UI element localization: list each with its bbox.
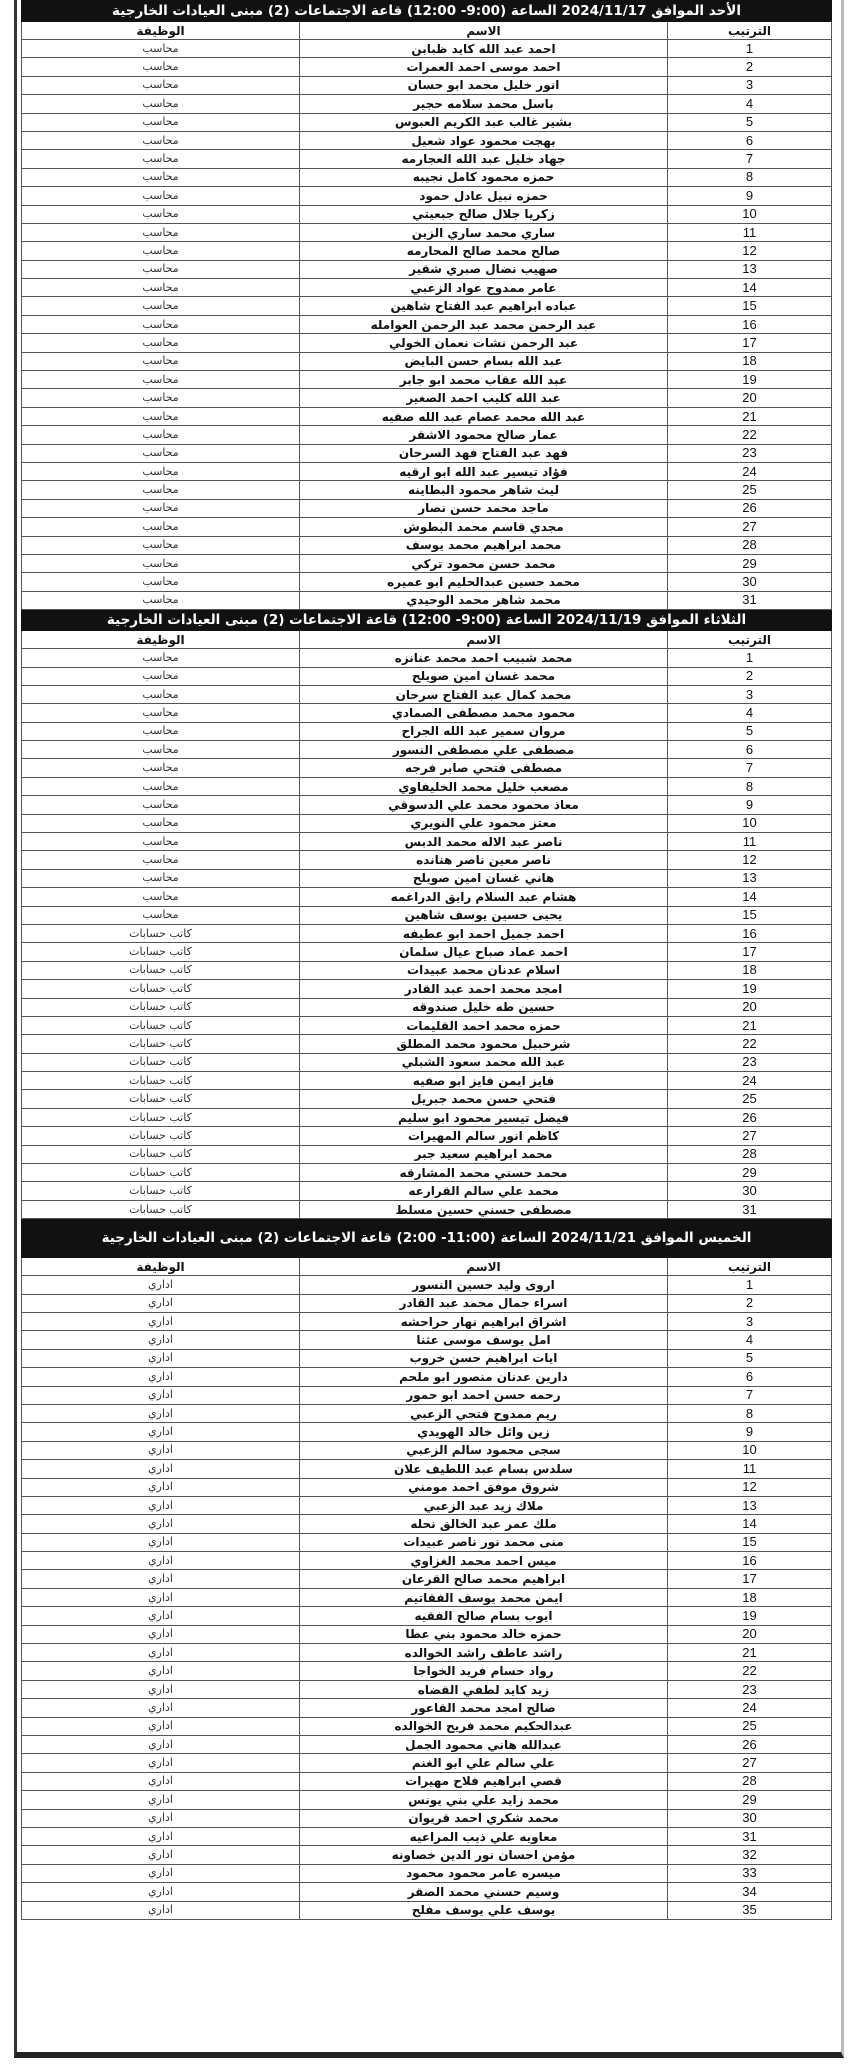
- table-row: 9معاذ محمود محمد علي الدسوقيمحاسب: [22, 796, 832, 814]
- employee-name: بشير غالب عبد الكريم العبوس: [300, 113, 668, 131]
- employee-name: عبد الرحمن محمد عبد الرحمن العوامله: [300, 315, 668, 333]
- row-number: 31: [668, 1200, 832, 1218]
- table-row: 22عمار صالح محمود الاشقرمحاسب: [22, 426, 832, 444]
- row-number: 11: [668, 1460, 832, 1478]
- job-title: محاسب: [22, 833, 300, 851]
- employee-name: حمزه محمد احمد القليمات: [300, 1016, 668, 1034]
- row-number: 4: [668, 704, 832, 722]
- table-row: 4محمود محمد مصطفى الصماديمحاسب: [22, 704, 832, 722]
- table-row: 17ابراهيم محمد صالح القرعاناداري: [22, 1570, 832, 1588]
- job-title: محاسب: [22, 426, 300, 444]
- job-title: كاتب حسابات: [22, 1053, 300, 1071]
- table-row: 29محمد حسن محمود تركيمحاسب: [22, 554, 832, 572]
- row-number: 1: [668, 1276, 832, 1294]
- row-number: 14: [668, 1515, 832, 1533]
- row-number: 12: [668, 851, 832, 869]
- job-title: اداري: [22, 1496, 300, 1514]
- row-number: 32: [668, 1846, 832, 1864]
- row-number: 31: [668, 591, 832, 609]
- table-row: 34وسيم حسني محمد الصقراداري: [22, 1883, 832, 1901]
- column-header-name: الاسم: [300, 631, 668, 649]
- table-row: 3انور خليل محمد ابو حسانمحاسب: [22, 76, 832, 94]
- row-number: 7: [668, 150, 832, 168]
- employee-name: صهيب نضال صبري شقير: [300, 260, 668, 278]
- row-number: 26: [668, 1108, 832, 1126]
- job-title: محاسب: [22, 242, 300, 260]
- job-title: محاسب: [22, 279, 300, 297]
- employee-name: يحيى حسين يوسف شاهين: [300, 906, 668, 924]
- table-row: 27كاظم انور سالم المهيراتكاتب حسابات: [22, 1127, 832, 1145]
- job-title: اداري: [22, 1717, 300, 1735]
- table-row: 25عبدالحكيم محمد فريح الخوالدهاداري: [22, 1717, 832, 1735]
- table-row: 14ملك عمر عبد الخالق نحلهاداري: [22, 1515, 832, 1533]
- job-title: كاتب حسابات: [22, 961, 300, 979]
- employee-name: ملك عمر عبد الخالق نحله: [300, 1515, 668, 1533]
- employee-name: هشام عبد السلام رايق الدراغمه: [300, 888, 668, 906]
- employee-name: جهاد خليل عبد الله العجارمه: [300, 150, 668, 168]
- employee-name: حمزه نبيل عادل حمود: [300, 187, 668, 205]
- row-number: 15: [668, 906, 832, 924]
- table-row: 24صالح امجد محمد القاعوراداري: [22, 1699, 832, 1717]
- section-header-text: الخميس الموافق 2024/11/21 الساعة (11:00-…: [22, 1219, 832, 1258]
- row-number: 3: [668, 685, 832, 703]
- row-number: 14: [668, 888, 832, 906]
- table-row: 31معاويه علي ذيب المراعيهاداري: [22, 1827, 832, 1845]
- section-header: الأحد الموافق 2024/11/17 الساعة (9:00- 1…: [22, 1, 832, 22]
- row-number: 9: [668, 187, 832, 205]
- employee-name: امل يوسف موسى عثنا: [300, 1331, 668, 1349]
- employee-name: محمد حسني محمد المشارقه: [300, 1164, 668, 1182]
- job-title: محاسب: [22, 814, 300, 832]
- table-row: 20عبد الله كليب احمد الصغيرمحاسب: [22, 389, 832, 407]
- employee-name: زين وائل خالد الهويدي: [300, 1423, 668, 1441]
- job-title: اداري: [22, 1515, 300, 1533]
- employee-name: عبد الرحمن نشات نعمان الخولي: [300, 334, 668, 352]
- employee-name: ميس احمد محمد الغزاوي: [300, 1552, 668, 1570]
- job-title: محاسب: [22, 481, 300, 499]
- job-title: محاسب: [22, 518, 300, 536]
- table-row: 2اسراء جمال محمد عبد القادراداري: [22, 1294, 832, 1312]
- row-number: 29: [668, 1164, 832, 1182]
- employee-name: معتز محمود علي النويري: [300, 814, 668, 832]
- row-number: 3: [668, 1313, 832, 1331]
- job-title: اداري: [22, 1607, 300, 1625]
- job-title: كاتب حسابات: [22, 1182, 300, 1200]
- job-title: محاسب: [22, 722, 300, 740]
- row-number: 21: [668, 1016, 832, 1034]
- employee-name: كاظم انور سالم المهيرات: [300, 1127, 668, 1145]
- row-number: 14: [668, 279, 832, 297]
- table-row: 16ميس احمد محمد الغزاوياداري: [22, 1552, 832, 1570]
- row-number: 25: [668, 1090, 832, 1108]
- row-number: 21: [668, 1644, 832, 1662]
- table-row: 13ملاك زيد عبد الزعبياداري: [22, 1496, 832, 1514]
- job-title: اداري: [22, 1699, 300, 1717]
- row-number: 10: [668, 205, 832, 223]
- column-header-row: الترتيبالاسمالوظيفة: [22, 1258, 832, 1276]
- job-title: كاتب حسابات: [22, 1035, 300, 1053]
- job-title: محاسب: [22, 352, 300, 370]
- job-title: اداري: [22, 1662, 300, 1680]
- table-row: 23زيد كايد لطفي القضاهاداري: [22, 1680, 832, 1698]
- employee-name: ايمن محمد يوسف الفقاتيم: [300, 1588, 668, 1606]
- table-row: 27مجدي قاسم محمد البطوشمحاسب: [22, 518, 832, 536]
- row-number: 23: [668, 1053, 832, 1071]
- job-title: كاتب حسابات: [22, 1200, 300, 1218]
- row-number: 29: [668, 1791, 832, 1809]
- table-row: 7مصطفى فتحي صابر فرجهمحاسب: [22, 759, 832, 777]
- row-number: 19: [668, 1607, 832, 1625]
- job-title: محاسب: [22, 95, 300, 113]
- employee-name: محمد زايد علي بني يونس: [300, 1791, 668, 1809]
- job-title: محاسب: [22, 223, 300, 241]
- job-title: اداري: [22, 1460, 300, 1478]
- job-title: اداري: [22, 1570, 300, 1588]
- row-number: 22: [668, 426, 832, 444]
- employee-name: انور خليل محمد ابو حسان: [300, 76, 668, 94]
- table-row: 6دارين عدنان منصور ابو ملحماداري: [22, 1368, 832, 1386]
- employee-name: احمد جميل احمد ابو عطيفه: [300, 924, 668, 942]
- employee-name: احمد موسى احمد العمرات: [300, 58, 668, 76]
- column-header-row: الترتيبالاسمالوظيفة: [22, 631, 832, 649]
- row-number: 27: [668, 1754, 832, 1772]
- employee-name: عبد الله محمد سعود الشبلي: [300, 1053, 668, 1071]
- job-title: محاسب: [22, 667, 300, 685]
- job-title: محاسب: [22, 205, 300, 223]
- row-number: 11: [668, 833, 832, 851]
- employee-name: ابراهيم محمد صالح القرعان: [300, 1570, 668, 1588]
- table-row: 24فؤاد تيسير عبد الله ابو ارقيهمحاسب: [22, 462, 832, 480]
- row-number: 20: [668, 389, 832, 407]
- row-number: 30: [668, 573, 832, 591]
- row-number: 18: [668, 352, 832, 370]
- employee-name: وسيم حسني محمد الصقر: [300, 1883, 668, 1901]
- table-row: 5ايات ابراهيم حسن خروباداري: [22, 1349, 832, 1367]
- table-row: 4امل يوسف موسى عثنااداري: [22, 1331, 832, 1349]
- table-row: 7جهاد خليل عبد الله العجارمهمحاسب: [22, 150, 832, 168]
- employee-name: معاويه علي ذيب المراعيه: [300, 1827, 668, 1845]
- table-row: 3اشراق ابراهيم نهار حراحشهاداري: [22, 1313, 832, 1331]
- job-title: محاسب: [22, 704, 300, 722]
- job-title: محاسب: [22, 888, 300, 906]
- job-title: اداري: [22, 1846, 300, 1864]
- employee-name: عبد الله بسام حسن البايض: [300, 352, 668, 370]
- employee-name: اسلام عدنان محمد عبيدات: [300, 961, 668, 979]
- table-row: 13هاني غسان امين صويلحمحاسب: [22, 869, 832, 887]
- table-row: 30محمد علي سالم القرارعهكاتب حسابات: [22, 1182, 832, 1200]
- table-row: 2احمد موسى احمد العمراتمحاسب: [22, 58, 832, 76]
- employee-name: يوسف علي يوسف مفلح: [300, 1901, 668, 1919]
- row-number: 1: [668, 40, 832, 58]
- employee-name: محمد حسين عبدالحليم ابو عميره: [300, 573, 668, 591]
- row-number: 28: [668, 536, 832, 554]
- job-title: كاتب حسابات: [22, 1016, 300, 1034]
- row-number: 19: [668, 371, 832, 389]
- table-row: 14هشام عبد السلام رايق الدراغمهمحاسب: [22, 888, 832, 906]
- row-number: 30: [668, 1182, 832, 1200]
- employee-name: باسل محمد سلامه حجير: [300, 95, 668, 113]
- row-number: 4: [668, 95, 832, 113]
- table-row: 18اسلام عدنان محمد عبيداتكاتب حسابات: [22, 961, 832, 979]
- job-title: اداري: [22, 1827, 300, 1845]
- employee-name: عمار صالح محمود الاشقر: [300, 426, 668, 444]
- table-row: 3محمد كمال عبد الفتاح سرحانمحاسب: [22, 685, 832, 703]
- table-row: 8مصعب خليل محمد الخليفاويمحاسب: [22, 777, 832, 795]
- employee-name: فايز ايمن فايز ابو صفيه: [300, 1072, 668, 1090]
- row-number: 21: [668, 407, 832, 425]
- table-row: 19ايوب بسام صالح الفقيهاداري: [22, 1607, 832, 1625]
- job-title: محاسب: [22, 371, 300, 389]
- employee-name: فهد عبد الفتاح فهد السرحان: [300, 444, 668, 462]
- employee-name: راشد عاطف راشد الخوالده: [300, 1644, 668, 1662]
- job-title: اداري: [22, 1754, 300, 1772]
- row-number: 13: [668, 869, 832, 887]
- table-row: 23عبد الله محمد سعود الشبليكاتب حسابات: [22, 1053, 832, 1071]
- job-title: اداري: [22, 1791, 300, 1809]
- employee-name: شرحبيل محمود محمد المطلق: [300, 1035, 668, 1053]
- employee-name: مصطفى علي مصطفى النسور: [300, 741, 668, 759]
- row-number: 13: [668, 1496, 832, 1514]
- employee-name: سجى محمود سالم الزعبي: [300, 1441, 668, 1459]
- employee-name: مروان سمير عبد الله الجراح: [300, 722, 668, 740]
- employee-name: ميسره عامر محمود محمود: [300, 1864, 668, 1882]
- row-number: 4: [668, 1331, 832, 1349]
- employee-name: صالح امجد محمد القاعور: [300, 1699, 668, 1717]
- row-number: 28: [668, 1772, 832, 1790]
- table-row: 7رحمه حسن احمد ابو حموراداري: [22, 1386, 832, 1404]
- employee-name: امجد محمد احمد عبد القادر: [300, 980, 668, 998]
- employee-name: ماجد محمد حسن نصار: [300, 499, 668, 517]
- row-number: 19: [668, 980, 832, 998]
- row-number: 12: [668, 242, 832, 260]
- table-row: 28محمد ابراهيم محمد يوسفمحاسب: [22, 536, 832, 554]
- job-title: محاسب: [22, 334, 300, 352]
- row-number: 27: [668, 1127, 832, 1145]
- job-title: اداري: [22, 1294, 300, 1312]
- employee-name: فؤاد تيسير عبد الله ابو ارقيه: [300, 462, 668, 480]
- job-title: محاسب: [22, 906, 300, 924]
- job-title: كاتب حسابات: [22, 924, 300, 942]
- table-row: 19عبد الله عقاب محمد ابو جابرمحاسب: [22, 371, 832, 389]
- job-title: محاسب: [22, 187, 300, 205]
- column-header-name: الاسم: [300, 1258, 668, 1276]
- job-title: كاتب حسابات: [22, 1072, 300, 1090]
- row-number: 5: [668, 113, 832, 131]
- row-number: 26: [668, 499, 832, 517]
- table-row: 17احمد عماد صباح عيال سلمانكاتب حسابات: [22, 943, 832, 961]
- row-number: 34: [668, 1883, 832, 1901]
- job-title: محاسب: [22, 444, 300, 462]
- table-row: 27علي سالم علي ابو الغنماداري: [22, 1754, 832, 1772]
- table-row: 10سجى محمود سالم الزعبياداري: [22, 1441, 832, 1459]
- table-row: 18ايمن محمد يوسف الفقاتيماداري: [22, 1588, 832, 1606]
- employee-name: عبدالله هاني محمود الجمل: [300, 1735, 668, 1753]
- employee-name: عبد الله محمد عصام عبد الله صفيه: [300, 407, 668, 425]
- job-title: محاسب: [22, 462, 300, 480]
- table-row: 21عبد الله محمد عصام عبد الله صفيهمحاسب: [22, 407, 832, 425]
- row-number: 17: [668, 943, 832, 961]
- section-header: الثلاثاء الموافق 2024/11/19 الساعة (9:00…: [22, 610, 832, 631]
- job-title: محاسب: [22, 407, 300, 425]
- employee-name: رحمه حسن احمد ابو حمور: [300, 1386, 668, 1404]
- table-row: 28قصي ابراهيم فلاح مهيراتاداري: [22, 1772, 832, 1790]
- row-number: 10: [668, 1441, 832, 1459]
- row-number: 20: [668, 1625, 832, 1643]
- job-title: اداري: [22, 1883, 300, 1901]
- table-row: 9زين وائل خالد الهويدياداري: [22, 1423, 832, 1441]
- row-number: 12: [668, 1478, 832, 1496]
- job-title: محاسب: [22, 260, 300, 278]
- column-header-job: الوظيفة: [22, 1258, 300, 1276]
- job-title: كاتب حسابات: [22, 1164, 300, 1182]
- employee-name: عبد الله كليب احمد الصغير: [300, 389, 668, 407]
- employee-name: منى محمد نور ناصر عبيدات: [300, 1533, 668, 1551]
- employee-name: حمزه محمود كامل نجيبه: [300, 168, 668, 186]
- employee-name: بهجت محمود عواد شعيل: [300, 131, 668, 149]
- job-title: محاسب: [22, 869, 300, 887]
- job-title: محاسب: [22, 685, 300, 703]
- row-number: 16: [668, 1552, 832, 1570]
- row-number: 25: [668, 1717, 832, 1735]
- row-number: 29: [668, 554, 832, 572]
- job-title: محاسب: [22, 777, 300, 795]
- table-row: 33ميسره عامر محمود محموداداري: [22, 1864, 832, 1882]
- row-number: 26: [668, 1735, 832, 1753]
- section-header-text: الأحد الموافق 2024/11/17 الساعة (9:00- 1…: [22, 1, 832, 22]
- job-title: اداري: [22, 1313, 300, 1331]
- section-header-text: الثلاثاء الموافق 2024/11/19 الساعة (9:00…: [22, 610, 832, 631]
- employee-name: مؤمن احسان نور الدين خصاونه: [300, 1846, 668, 1864]
- table-row: 21حمزه محمد احمد القليماتكاتب حسابات: [22, 1016, 832, 1034]
- table-row: 15يحيى حسين يوسف شاهينمحاسب: [22, 906, 832, 924]
- row-number: 9: [668, 1423, 832, 1441]
- table-row: 24فايز ايمن فايز ابو صفيهكاتب حسابات: [22, 1072, 832, 1090]
- employee-name: ليث شاهر محمود البطاينه: [300, 481, 668, 499]
- row-number: 5: [668, 1349, 832, 1367]
- table-row: 26فيصل تيسير محمود ابو سليمكاتب حسابات: [22, 1108, 832, 1126]
- employee-name: محمد حسن محمود تركي: [300, 554, 668, 572]
- column-header-num: الترتيب: [668, 631, 832, 649]
- table-row: 25ليث شاهر محمود البطاينهمحاسب: [22, 481, 832, 499]
- employee-name: قصي ابراهيم فلاح مهيرات: [300, 1772, 668, 1790]
- employee-name: حسين طه خليل صندوقه: [300, 998, 668, 1016]
- job-title: اداري: [22, 1588, 300, 1606]
- employee-name: اسراء جمال محمد عبد القادر: [300, 1294, 668, 1312]
- employee-name: عبدالحكيم محمد فريح الخوالده: [300, 1717, 668, 1735]
- job-title: اداري: [22, 1735, 300, 1753]
- employee-name: محمد شبيب احمد محمد عنانزه: [300, 649, 668, 667]
- table-row: 31محمد شاهر محمد الوحيديمحاسب: [22, 591, 832, 609]
- column-header-num: الترتيب: [668, 1258, 832, 1276]
- schedule-document: الأحد الموافق 2024/11/17 الساعة (9:00- 1…: [22, 0, 832, 1920]
- employee-name: اروى وليد حسين النسور: [300, 1276, 668, 1294]
- row-number: 6: [668, 131, 832, 149]
- row-number: 33: [668, 1864, 832, 1882]
- job-title: محاسب: [22, 591, 300, 609]
- job-title: محاسب: [22, 58, 300, 76]
- job-title: محاسب: [22, 536, 300, 554]
- employee-name: زيد كايد لطفي القضاه: [300, 1680, 668, 1698]
- job-title: كاتب حسابات: [22, 943, 300, 961]
- row-number: 15: [668, 1533, 832, 1551]
- job-title: اداري: [22, 1386, 300, 1404]
- table-row: 30محمد حسين عبدالحليم ابو عميرهمحاسب: [22, 573, 832, 591]
- row-number: 23: [668, 444, 832, 462]
- table-row: 2محمد غسان امين صويلحمحاسب: [22, 667, 832, 685]
- table-row: 12شروق موفق احمد مومنياداري: [22, 1478, 832, 1496]
- job-title: اداري: [22, 1404, 300, 1422]
- table-row: 16احمد جميل احمد ابو عطيفهكاتب حسابات: [22, 924, 832, 942]
- column-header-job: الوظيفة: [22, 22, 300, 40]
- row-number: 8: [668, 1404, 832, 1422]
- table-row: 9حمزه نبيل عادل حمودمحاسب: [22, 187, 832, 205]
- job-title: كاتب حسابات: [22, 1090, 300, 1108]
- table-row: 17عبد الرحمن نشات نعمان الخوليمحاسب: [22, 334, 832, 352]
- row-number: 30: [668, 1809, 832, 1827]
- table-row: 6بهجت محمود عواد شعيلمحاسب: [22, 131, 832, 149]
- row-number: 2: [668, 667, 832, 685]
- job-title: اداري: [22, 1552, 300, 1570]
- table-row: 11سلدس بسام عبد اللطيف علاناداري: [22, 1460, 832, 1478]
- row-number: 18: [668, 961, 832, 979]
- job-title: اداري: [22, 1349, 300, 1367]
- table-row: 16عبد الرحمن محمد عبد الرحمن العواملهمحا…: [22, 315, 832, 333]
- row-number: 5: [668, 722, 832, 740]
- column-header-row: الترتيبالاسمالوظيفة: [22, 22, 832, 40]
- table-row: 13صهيب نضال صبري شقيرمحاسب: [22, 260, 832, 278]
- table-row: 22شرحبيل محمود محمد المطلقكاتب حسابات: [22, 1035, 832, 1053]
- employee-name: عامر ممدوح عواد الزعبي: [300, 279, 668, 297]
- row-number: 22: [668, 1035, 832, 1053]
- row-number: 3: [668, 76, 832, 94]
- employee-name: هاني غسان امين صويلح: [300, 869, 668, 887]
- row-number: 17: [668, 1570, 832, 1588]
- employee-name: مصطفى حسني حسين مسلط: [300, 1200, 668, 1218]
- job-title: محاسب: [22, 297, 300, 315]
- employee-name: محمد ابراهيم محمد يوسف: [300, 536, 668, 554]
- job-title: محاسب: [22, 168, 300, 186]
- employee-name: فيصل تيسير محمود ابو سليم: [300, 1108, 668, 1126]
- table-row: 35يوسف علي يوسف مفلحاداري: [22, 1901, 832, 1919]
- job-title: محاسب: [22, 741, 300, 759]
- employee-name: محمد ابراهيم سعيد جبر: [300, 1145, 668, 1163]
- employee-name: محمد شاهر محمد الوحيدي: [300, 591, 668, 609]
- employee-name: مجدي قاسم محمد البطوش: [300, 518, 668, 536]
- employee-name: محمد شكري احمد قريوان: [300, 1809, 668, 1827]
- table-row: 11ناصر عبد الاله محمد الدبسمحاسب: [22, 833, 832, 851]
- job-title: محاسب: [22, 573, 300, 591]
- employee-name: صالح محمد صالح المحارمه: [300, 242, 668, 260]
- row-number: 16: [668, 315, 832, 333]
- employee-name: ساري محمد ساري الزين: [300, 223, 668, 241]
- row-number: 7: [668, 1386, 832, 1404]
- job-title: اداري: [22, 1772, 300, 1790]
- employee-name: مصعب خليل محمد الخليفاوي: [300, 777, 668, 795]
- table-row: 22رواد حسام فريد الخواجااداري: [22, 1662, 832, 1680]
- job-title: اداري: [22, 1331, 300, 1349]
- row-number: 31: [668, 1827, 832, 1845]
- table-row: 31مصطفى حسني حسين مسلطكاتب حسابات: [22, 1200, 832, 1218]
- table-row: 1احمد عبد الله كايد ظبابنمحاسب: [22, 40, 832, 58]
- row-number: 2: [668, 1294, 832, 1312]
- job-title: كاتب حسابات: [22, 998, 300, 1016]
- section-header: الخميس الموافق 2024/11/21 الساعة (11:00-…: [22, 1219, 832, 1258]
- employee-name: سلدس بسام عبد اللطيف علان: [300, 1460, 668, 1478]
- table-row: 28محمد ابراهيم سعيد جبركاتب حسابات: [22, 1145, 832, 1163]
- employee-name: زكريا جلال صالح جبعيتي: [300, 205, 668, 223]
- employee-name: عباده ابراهيم عبد الفتاح شاهين: [300, 297, 668, 315]
- table-row: 11ساري محمد ساري الزينمحاسب: [22, 223, 832, 241]
